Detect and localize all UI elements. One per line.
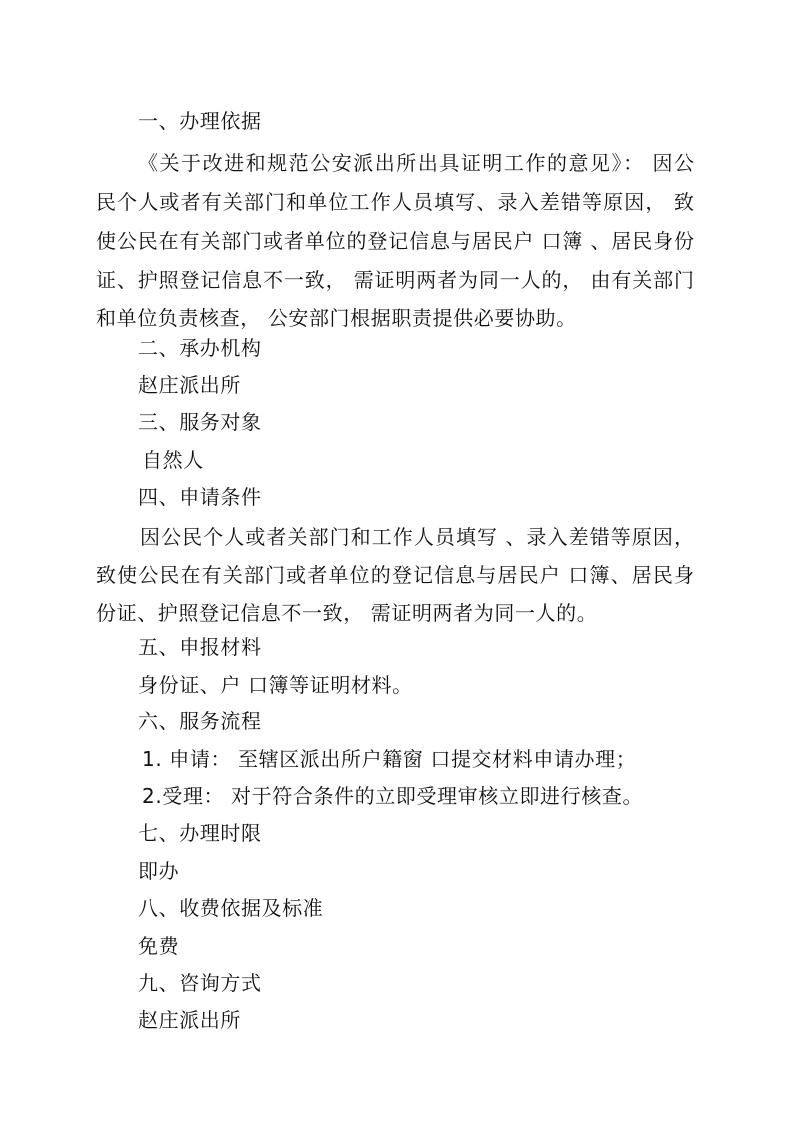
section-heading-5: 五、申报材料: [138, 632, 262, 662]
section-heading-2: 二、承办机构: [138, 333, 262, 363]
body-line: 使公民在有关部门或者单位的登记信息与居民户 口簿 、居民身份: [96, 226, 694, 256]
section-heading-6: 六、服务流程: [138, 706, 262, 736]
body-line: 《关于改进和规范公安派出所出具证明工作的意见》： 因公: [96, 148, 694, 178]
section-heading-7: 七、办理时限: [138, 818, 262, 848]
body-line: 1. 申请： 至辖区派出所户籍窗 口提交材料申请办理；: [142, 744, 636, 774]
section-heading-3: 三、服务对象: [138, 407, 262, 437]
body-line: 和单位负责核查， 公安部门根据职责提供必要协助。: [96, 303, 577, 333]
body-line: 赵庄派出所: [138, 1005, 241, 1035]
section-heading-4: 四、申请条件: [138, 482, 262, 512]
body-line: 赵庄派出所: [138, 370, 241, 400]
section-heading-9: 九、咨询方式: [138, 968, 262, 998]
body-line: 即办: [138, 856, 179, 886]
body-line: 自然人: [142, 445, 204, 475]
body-line: 身份证、户 口簿等证明材料。: [138, 670, 413, 700]
body-line: 因公民个人或者关部门和工作人员填写 、录入差错等原因，: [96, 522, 694, 552]
body-line: 2.受理： 对于符合条件的立即受理审核立即进行核查。: [142, 781, 643, 811]
section-heading-8: 八、收费依据及标准: [138, 893, 323, 923]
body-line: 致使公民在有关部门或者单位的登记信息与居民户 口簿、居民身: [96, 560, 694, 590]
body-line: 民个人或者有关部门和单位工作人员填写、录入差错等原因， 致: [96, 187, 694, 217]
body-line: 免费: [138, 931, 179, 961]
section-heading-1: 一、办理依据: [138, 106, 262, 136]
body-line: 份证、护照登记信息不一致， 需证明两者为同一人的。: [96, 598, 597, 628]
body-line: 证、护照登记信息不一致， 需证明两者为同一人的， 由有关部门: [96, 265, 694, 295]
